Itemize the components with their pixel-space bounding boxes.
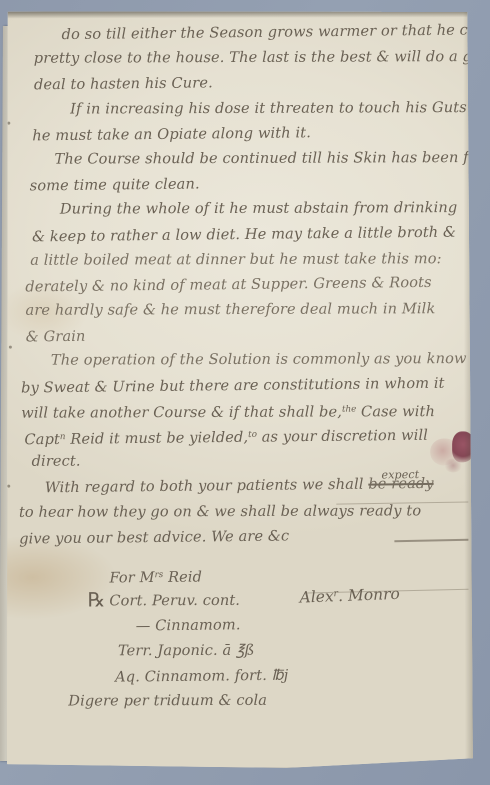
manuscript-line: During the whole of it he must abstain f… — [60, 195, 471, 222]
recipe-heading: For Mrs Reid — [109, 560, 473, 589]
signature: Alexr. Monro — [299, 585, 400, 607]
manuscript-line: give you our best advice. We are &c — [19, 521, 473, 551]
recipe-line: Digere per triduum & cola — [68, 687, 474, 714]
manuscript-line: The Course should be continued till his … — [54, 145, 470, 172]
struck-word: be ready — [368, 475, 434, 493]
manuscript-line: Captn Reid it must be yielded,to as your… — [24, 420, 472, 450]
manuscript-line: will take another Course & if that shall… — [21, 397, 472, 424]
recipe-block: For Mrs Reid ℞Cort. Peruv. cont. — Cinna… — [7, 560, 474, 714]
line-text: Cort. Peruv. cont. — [109, 592, 240, 610]
manuscript-line: he must take an Opiate along with it. — [32, 118, 470, 148]
manuscript-page: do so till either the Season grows warme… — [5, 10, 473, 768]
manuscript-line: & keep to rather a low diet. He may take… — [32, 219, 471, 249]
line-text: Reid — [163, 568, 202, 585]
superscript-insertion: the — [342, 404, 356, 414]
line-text: will take another Course & if that shall… — [21, 403, 342, 421]
manuscript-line: If in increasing his dose it threaten to… — [70, 95, 470, 122]
prescription-symbol: ℞ — [88, 589, 106, 612]
manuscript-line: do so till either the Season grows warme… — [61, 17, 469, 47]
correction: expectbe ready — [368, 471, 434, 497]
manuscript-line: some time quite clean. — [30, 169, 471, 199]
recipe-line: Terr. Japonic. ā ℥ß — [118, 636, 474, 663]
seal-smudge — [444, 458, 462, 472]
line-text: as your discretion will — [257, 427, 428, 446]
manuscript-line: are hardly safe & he must therefore deal… — [25, 296, 471, 323]
letter-body: do so till either the Season grows warme… — [4, 18, 475, 714]
manuscript-line: pretty close to the house. The last is t… — [34, 44, 470, 71]
manuscript-photo: { "document": { "kind": "handwritten let… — [0, 0, 490, 785]
manuscript-line: The operation of the Solution is commonl… — [51, 346, 472, 373]
superscript-abbreviation: rs — [155, 570, 164, 580]
manuscript-line: a little boiled meat at dinner but he mu… — [30, 246, 471, 273]
manuscript-line: With regard to both your patients we sha… — [45, 471, 473, 501]
line-text: For M — [109, 569, 154, 587]
line-text: With regard to both your patients we sha… — [45, 476, 369, 497]
ink-speck — [9, 346, 12, 349]
line-text: Reid it must be yielded, — [65, 429, 248, 448]
superscript-insertion: to — [248, 430, 257, 440]
ink-speck — [7, 485, 10, 488]
manuscript-line: deal to hasten his Cure. — [34, 68, 470, 98]
recipe-line: Aq. Cinnamom. fort. ℔j — [115, 660, 474, 689]
manuscript-line: by Sweat & Urine but there are constitut… — [21, 370, 472, 400]
recipe-line: — Cinnamom. — [136, 610, 474, 639]
line-text: Alex — [299, 587, 334, 606]
line-text: . Monro — [338, 585, 400, 605]
ink-speck — [7, 122, 10, 125]
line-text: Capt — [24, 431, 60, 448]
manuscript-line: derately & no kind of meat at Supper. Gr… — [25, 269, 471, 299]
line-text: Case with — [356, 403, 435, 420]
